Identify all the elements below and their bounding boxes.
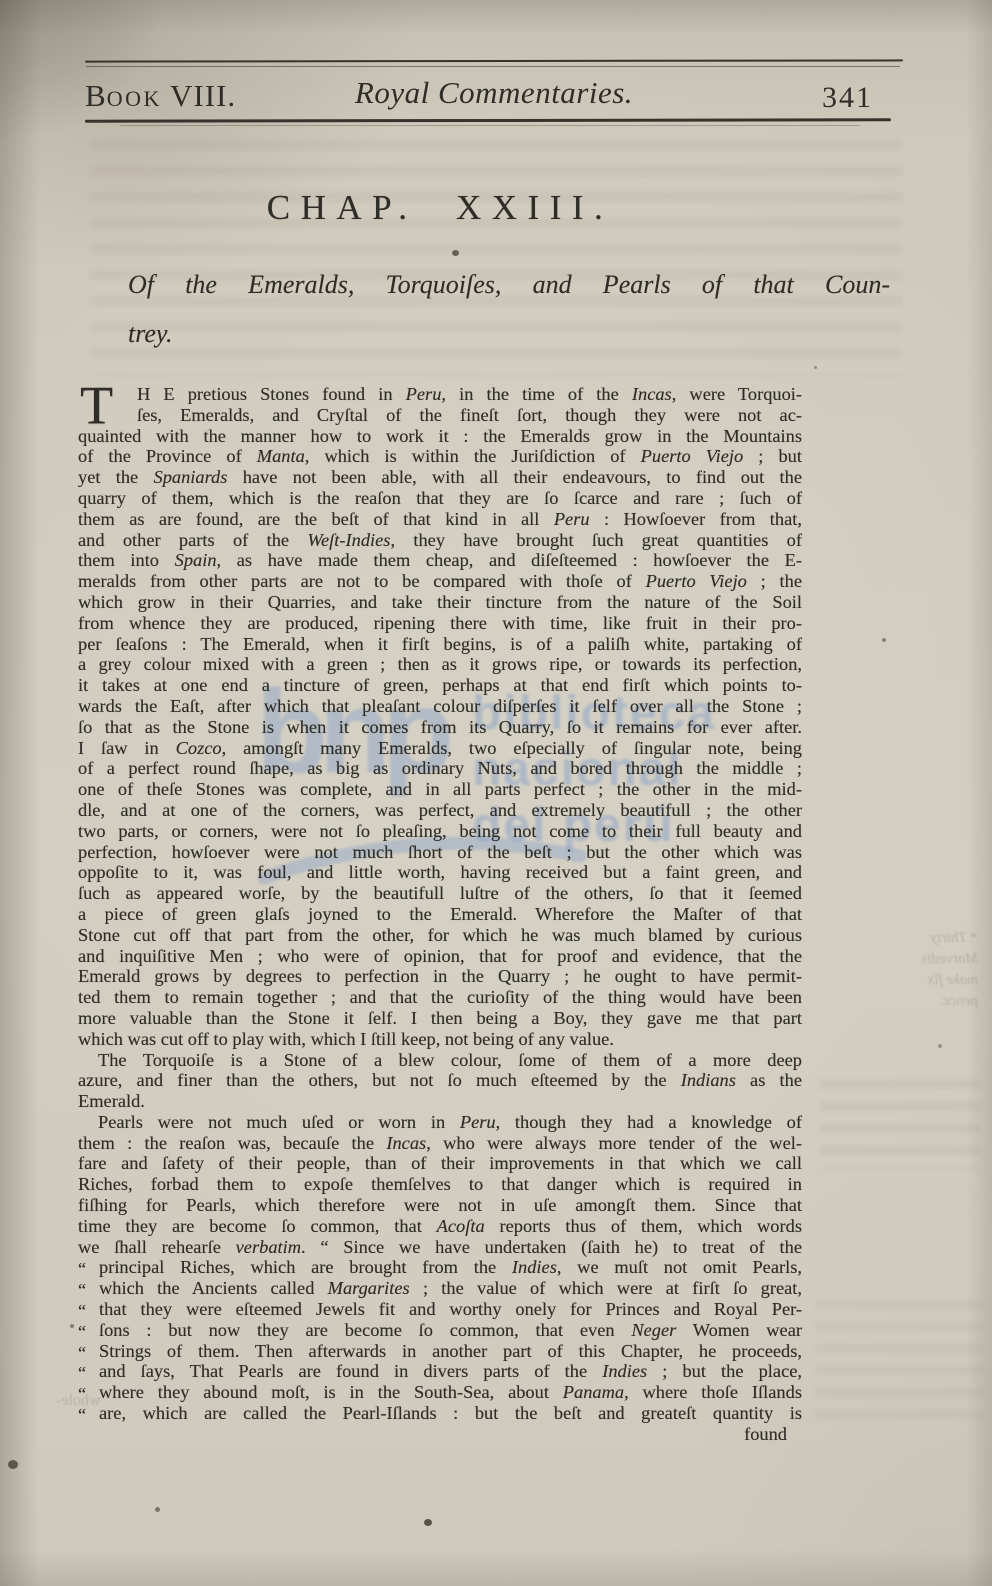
body-line: “principal Riches, which are brought fro… <box>78 1257 802 1278</box>
ink-speck <box>155 1507 160 1512</box>
body-line: ſes, Emeralds, and Cryſtal of the fineſt… <box>78 405 802 426</box>
body-line: yet the Spaniards have not been able, wi… <box>78 467 802 488</box>
body-line: “are, which are called the Pearl-Iſlands… <box>78 1403 802 1424</box>
catchword: found <box>78 1424 787 1445</box>
body-line: azure, and finer than the others, but no… <box>78 1070 802 1091</box>
bleed-through-note: * Thirty Marvedis make ſix pence. <box>828 928 978 1012</box>
bleed-through-texture <box>820 1080 980 1170</box>
body-line: wards the Eaſt, after which that pleaſan… <box>78 696 802 717</box>
body-line: which grow in their Quarries, and take t… <box>78 592 802 613</box>
body-line: Pearls were not much uſed or worn in Per… <box>78 1112 802 1133</box>
ink-speck <box>70 1324 74 1328</box>
body-line: it takes at one end a tincture of green,… <box>78 675 802 696</box>
header-bottom-rule <box>85 118 891 122</box>
body-line: per ſeaſons : The Emerald, when it firſt… <box>78 634 802 655</box>
hanging-quote-mark: “ <box>78 1363 84 1384</box>
hanging-quote-mark: “ <box>78 1301 84 1322</box>
bleed-through-texture <box>815 1300 983 1430</box>
page-number: 341 <box>822 81 873 115</box>
top-rule-secondary <box>86 66 900 67</box>
body-line: “which the Ancients called Margarites ; … <box>78 1278 802 1299</box>
ink-speck <box>814 366 817 369</box>
body-line: fare and ſafety of their people, than of… <box>78 1153 802 1174</box>
body-line: and inquiſitive Men ; who were of opinio… <box>78 946 802 967</box>
book-page-scan: BOOK VIII. Royal Commentaries. 341 CHAP.… <box>0 0 992 1586</box>
bleed-through-line: * Thirty <box>828 928 978 949</box>
body-line: which was cut off to play with, which I … <box>78 1029 802 1050</box>
hanging-quote-mark: “ <box>78 1322 84 1343</box>
body-line: Riches, forbad them to expoſe themſelves… <box>78 1174 802 1195</box>
body-line: of the Province of Manta, which is withi… <box>78 446 802 467</box>
body-line: ted them to remain together ; and that t… <box>78 987 802 1008</box>
body-line: quainted with the manner how to work it … <box>78 426 802 447</box>
body-line: perfection, howſoever were not much ſhor… <box>78 842 802 863</box>
body-line: we ſhall rehearſe verbatim. “ Since we h… <box>78 1237 802 1258</box>
hanging-quote-mark: “ <box>78 1280 84 1301</box>
hanging-quote-mark: “ <box>78 1343 84 1364</box>
chapter-subtitle-line1: Of the Emeralds, Torquoiſes, and Pearls … <box>128 260 890 309</box>
body-line: quarry of them, which is the reaſon that… <box>78 488 802 509</box>
body-line: dle, and at one of the corners, was perf… <box>78 800 802 821</box>
body-line: two parts, or corners, were not ſo pleaſ… <box>78 821 802 842</box>
body-line: a grey colour mixed with a green ; then … <box>78 654 802 675</box>
body-line: ſuch as appeared worſe, by the beautiful… <box>78 883 802 904</box>
body-line: Emerald grows by degrees to perfection i… <box>78 966 802 987</box>
chapter-heading: CHAP. XXIII. <box>78 188 802 228</box>
bleed-through-line: make ſix <box>828 970 978 991</box>
hanging-quote-mark: “ <box>78 1405 84 1426</box>
body-line: ſo that as the Stone is when it comes fr… <box>78 717 802 738</box>
body-line: Stone cut off that part from the other, … <box>78 925 802 946</box>
body-line: a piece of green glaſs joyned to the Eme… <box>78 904 802 925</box>
body-line: time they are become ſo common, that Aco… <box>78 1216 802 1237</box>
body-line: oppoſite to it, was foul, and little wor… <box>78 862 802 883</box>
body-lines: H E pretious Stones found in Peru, in th… <box>78 384 802 1424</box>
body-line: “where they abound moſt, is in the South… <box>78 1382 802 1403</box>
body-line: fiſhing for Pearls, which therefore were… <box>78 1195 802 1216</box>
body-line: “and ſays, That Pearls are found in dive… <box>78 1361 802 1382</box>
body-line: from whence they are produced, ripening … <box>78 613 802 634</box>
ink-speck <box>8 1460 18 1469</box>
body-line: more valuable than the Stone it ſelf. I … <box>78 1008 802 1029</box>
body-line: them as are found, are the beſt of that … <box>78 509 802 530</box>
ink-speck <box>938 1044 942 1048</box>
header-bottom-rule-shadow <box>120 125 860 126</box>
body-line: of a perfect round ſhape, as big as ordi… <box>78 758 802 779</box>
body-line: “ſons : but now they are become ſo commo… <box>78 1320 802 1341</box>
body-line: The Torquoiſe is a Stone of a blew colou… <box>78 1050 802 1071</box>
body-line: H E pretious Stones found in Peru, in th… <box>78 384 802 405</box>
body-line: Emerald. <box>78 1091 802 1112</box>
ink-speck <box>452 250 459 256</box>
bleed-through-line: pence. <box>828 991 978 1012</box>
body-line: meralds from other parts are not to be c… <box>78 571 802 592</box>
chapter-subtitle-line2: trey. <box>128 309 890 358</box>
body-line: them : the reaſon was, becauſe the Incas… <box>78 1133 802 1154</box>
running-title: Royal Commentaries. <box>85 75 903 111</box>
bleed-through-line: Marvedis <box>828 949 978 970</box>
hanging-quote-mark: “ <box>78 1259 84 1280</box>
running-header: BOOK VIII. Royal Commentaries. 341 <box>85 75 903 117</box>
body-line: and other parts of the Weſt-Indies, they… <box>78 530 802 551</box>
ink-speck <box>424 1519 432 1526</box>
body-line: “that they were eſteemed Jewels fit and … <box>78 1299 802 1320</box>
body-text: T H E pretious Stones found in Peru, in … <box>78 384 802 1445</box>
hanging-quote-mark: “ <box>78 1384 84 1405</box>
body-line: one of theſe Stones was complete, and in… <box>78 779 802 800</box>
body-line: I ſaw in Cozco, amongſt many Emeralds, t… <box>78 738 802 759</box>
ink-speck <box>882 638 886 642</box>
chapter-subtitle: Of the Emeralds, Torquoiſes, and Pearls … <box>128 260 890 358</box>
top-rule <box>85 59 903 63</box>
body-line: them into Spain, as have made them cheap… <box>78 550 802 571</box>
body-line: “Strings of them. Then afterwards in ano… <box>78 1341 802 1362</box>
